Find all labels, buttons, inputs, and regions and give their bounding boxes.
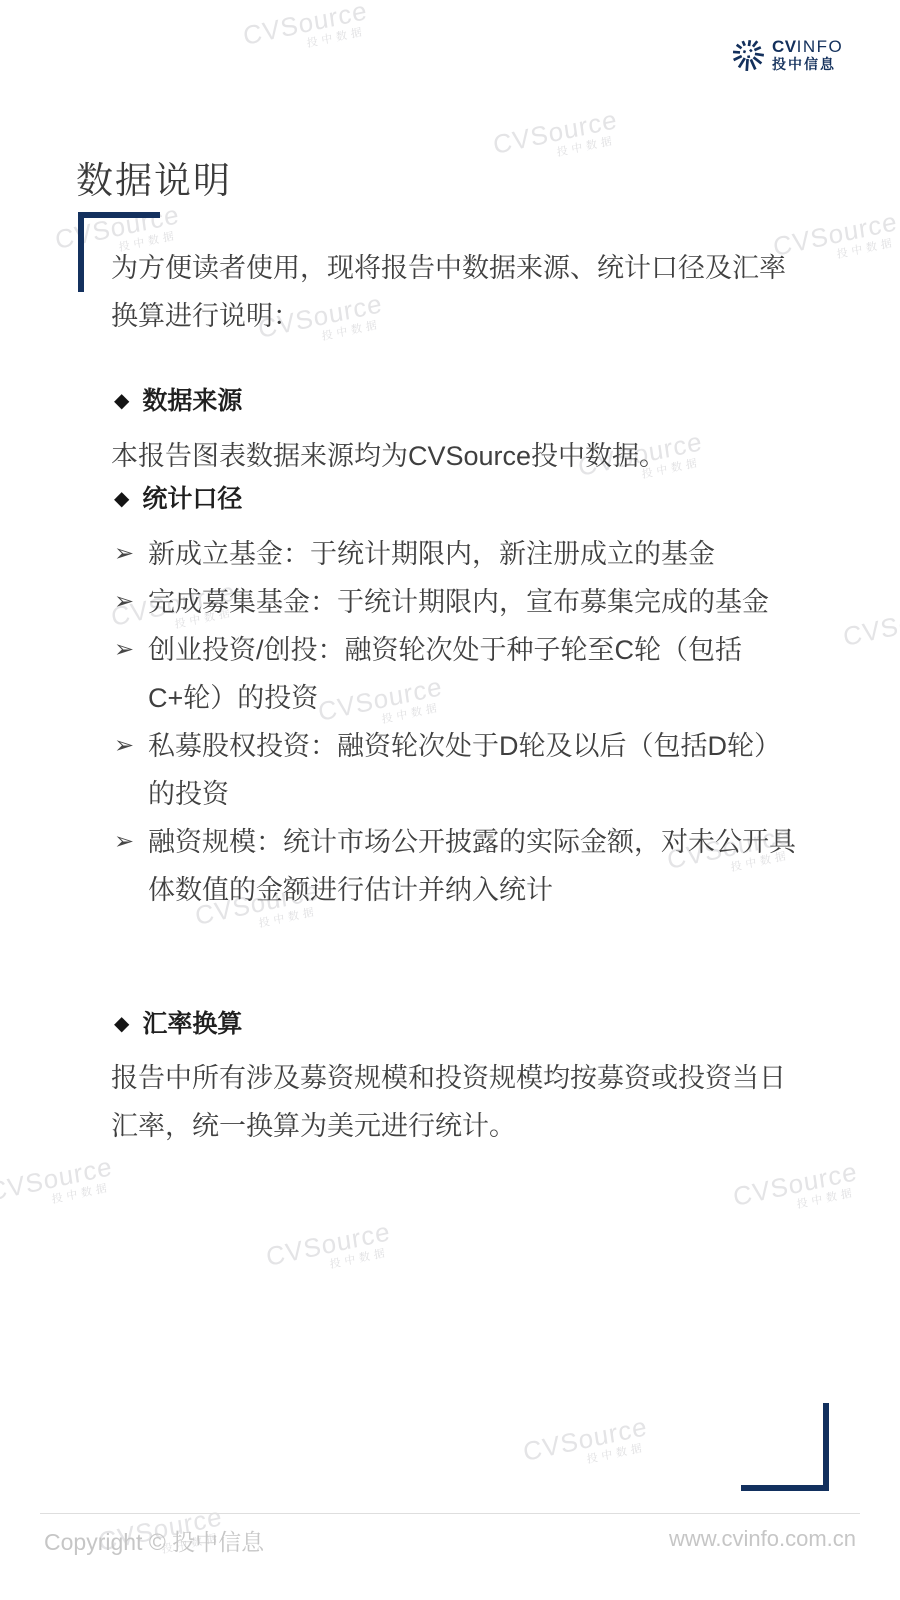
page-title: 数据说明 [76, 150, 232, 204]
watermark: CVSource投中数据 [265, 1218, 394, 1285]
list-item: ➢ 融资规模：统计市场公开披露的实际金额，对未公开具体数值的金额进行估计并纳入统… [114, 818, 814, 914]
data-source-body: 本报告图表数据来源均为CVSource投中数据。 [111, 432, 803, 480]
section-heading-text: 统计口径 [142, 482, 242, 516]
list-item: ➢ 完成募集基金：于统计期限内，宣布募集完成的基金 [114, 578, 814, 626]
arrow-bullet-icon: ➢ [114, 722, 148, 770]
cvinfo-spiral-icon [731, 33, 765, 78]
arrow-bullet-icon: ➢ [114, 578, 148, 626]
website-link[interactable]: www.cvinfo.com.cn [669, 1526, 856, 1552]
section-heading-fx: ◆ 汇率换算 [114, 1007, 242, 1041]
section-heading-text: 汇率换算 [142, 1007, 242, 1041]
list-item: ➢ 创业投资/创投：融资轮次处于种子轮至C轮（包括C+轮）的投资 [114, 626, 814, 722]
section-heading-text: 数据来源 [142, 384, 242, 418]
list-item: ➢ 新成立基金：于统计期限内，新注册成立的基金 [114, 530, 814, 578]
watermark: CVSource投中数据 [732, 1158, 861, 1225]
watermark: CVSource投中数据 [0, 1153, 116, 1220]
watermark: CVSource投中数据 [522, 1413, 651, 1480]
list-item-text: 私募股权投资：融资轮次处于D轮及以后（包括D轮）的投资 [148, 722, 803, 818]
list-item-text: 完成募集基金：于统计期限内，宣布募集完成的基金 [148, 578, 803, 626]
list-item-text: 创业投资/创投：融资轮次处于种子轮至C轮（包括C+轮）的投资 [148, 626, 803, 722]
diamond-bullet-icon: ◆ [114, 482, 129, 516]
list-item: ➢ 私募股权投资：融资轮次处于D轮及以后（包括D轮）的投资 [114, 722, 814, 818]
arrow-bullet-icon: ➢ [114, 818, 148, 866]
copyright-text: Copyright © 投中信息 [44, 1524, 264, 1557]
arrow-bullet-icon: ➢ [114, 530, 148, 578]
list-item-text: 新成立基金：于统计期限内，新注册成立的基金 [148, 530, 803, 578]
section-heading-statistics: ◆ 统计口径 [114, 482, 242, 516]
intro-paragraph: 为方便读者使用，现将报告中数据来源、统计口径及汇率换算进行说明： [111, 244, 803, 340]
cvinfo-logo: CVINFO 投中信息 [731, 33, 843, 78]
report-page: CVSource投中数据 CVSource投中数据 CVSource投中数据 C… [0, 0, 900, 1600]
diamond-bullet-icon: ◆ [114, 1007, 129, 1041]
watermark: CVSource投中数据 [492, 106, 621, 173]
footer-divider [40, 1513, 860, 1514]
section-heading-data-source: ◆ 数据来源 [114, 384, 242, 418]
watermark: CVSource投中数据 [842, 598, 900, 665]
list-item-text: 融资规模：统计市场公开披露的实际金额，对未公开具体数值的金额进行估计并纳入统计 [148, 818, 803, 914]
diamond-bullet-icon: ◆ [114, 384, 129, 418]
arrow-bullet-icon: ➢ [114, 626, 148, 674]
logo-brand-cn: 投中信息 [772, 56, 843, 73]
page-corner-bracket [741, 1403, 829, 1491]
statistics-list: ➢ 新成立基金：于统计期限内，新注册成立的基金 ➢ 完成募集基金：于统计期限内，… [114, 530, 814, 914]
logo-brand-en: CVINFO [772, 38, 843, 56]
watermark: CVSource投中数据 [242, 0, 371, 64]
fx-body: 报告中所有涉及募资规模和投资规模均按募资或投资当日汇率，统一换算为美元进行统计。 [111, 1054, 803, 1150]
